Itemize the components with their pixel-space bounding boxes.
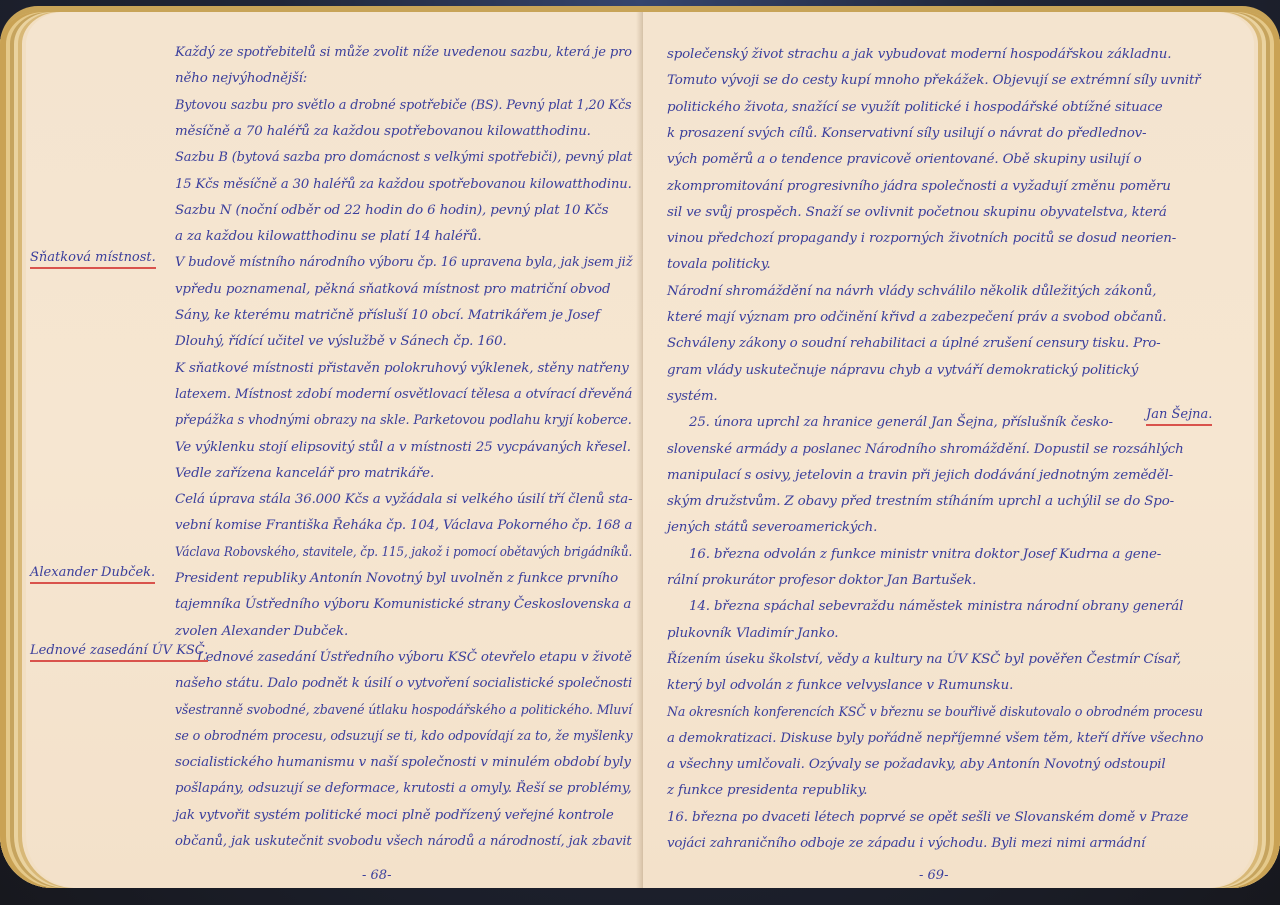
handwritten-line: politického života, snažící se využít po… [667,101,1163,114]
handwritten-line: Na okresních konferencích KSČ v březnu s… [667,706,1203,719]
handwritten-line: Každý ze spotřebitelů si může zvolit níž… [175,46,632,59]
handwritten-line: našeho státu. Dalo podnět k úsilí o vytv… [175,677,632,690]
page-number-right: - 69- [919,868,948,883]
handwritten-line: měsíčně a 70 haléřů za každou spotřebova… [175,125,591,138]
handwritten-line: které mají význam pro odčinění křivd a z… [667,311,1166,324]
handwritten-line: Václava Robovského, stavitele, čp. 115, … [175,546,632,559]
handwritten-line: gram vlády uskutečnuje nápravu chyb a vy… [667,364,1138,377]
handwritten-line: Bytovou sazbu pro světlo a drobné spotře… [175,99,632,112]
handwritten-line: vých poměrů a o tendence pravicově orien… [667,153,1142,166]
margin-heading: Alexander Dubček. [30,565,155,584]
handwritten-line: Schváleny zákony o soudní rehabilitaci a… [667,337,1161,350]
handwritten-line: 14. března spáchal sebevraždu náměstek m… [689,600,1183,613]
handwritten-line: systém. [667,390,718,403]
handwritten-line: a demokratizaci. Diskuse byly pořádně ne… [667,732,1203,745]
handwritten-line: Celá úprava stála 36.000 Kčs a vyžádala … [175,493,632,506]
handwritten-line: jených států severoamerických. [667,521,877,534]
handwritten-line: pošlapány, odsuzují se deformace, krutos… [175,782,632,795]
handwritten-line: V budově místního národního výboru čp. 1… [175,256,632,269]
handwritten-line: Sazbu B (bytová sazba pro domácnost s ve… [175,151,632,164]
handwritten-line: Lednové zasedání Ústředního výboru KSČ o… [197,651,632,664]
handwritten-line: vpředu poznamenal, pěkná sňatková místno… [175,283,610,296]
handwritten-line: Sazbu N (noční odběr od 22 hodin do 6 ho… [175,204,608,217]
handwritten-line: přepážka s vhodnými obrazy na skle. Park… [175,414,632,427]
handwritten-line: 15 Kčs měsíčně a 30 haléřů za každou spo… [175,178,632,191]
handwritten-line: Vedle zařízena kancelář pro matrikáře. [175,467,434,480]
handwritten-line: občanů, jak uskutečnit svobodu všech nár… [175,835,632,848]
handwritten-line: zkompromitování progresivního jádra spol… [667,180,1171,193]
handwritten-line: latexem. Místnost zdobí moderní osvětlov… [175,388,632,401]
handwritten-line: K sňatkové místnosti přistavěn polokruho… [175,362,629,375]
handwritten-line: rální prokurátor profesor doktor Jan Bar… [667,574,976,587]
handwritten-line: tajemníka Ústředního výboru Komunistické… [175,598,631,611]
handwritten-line: k prosazení svých cílů. Konservativní sí… [667,127,1146,140]
handwritten-line: vojáci zahraničního odboje ze západu i v… [667,837,1145,850]
margin-heading: Sňatková místnost. [30,250,156,269]
handwritten-line: President republiky Antonín Novotný byl … [175,572,618,585]
handwritten-line: a všechny umlčovali. Ozývaly se požadavk… [667,758,1166,771]
handwritten-line: manipulací s osivy, jetelovin a travin p… [667,469,1173,482]
handwritten-line: 16. března odvolán z funkce ministr vnit… [689,548,1161,561]
handwritten-line: Řízením úseku školství, vědy a kultury n… [667,653,1181,666]
handwritten-line: ským družstvům. Z obavy před trestním st… [667,495,1174,508]
handwritten-line: Ve výklenku stojí elipsovitý stůl a v mí… [175,441,631,454]
handwritten-line: 16. března po dvaceti létech poprvé se o… [667,811,1188,824]
handwritten-line: který byl odvolán z funkce velvyslance v… [667,679,1013,692]
handwritten-line: Dlouhý, řídící učitel ve výslužbě v Sáne… [175,335,507,348]
handwritten-line: vinou předchozí propagandy i rozporných … [667,232,1176,245]
handwritten-line: z funkce presidenta republiky. [667,784,867,797]
margin-heading: Jan Šejna. [1146,407,1212,426]
handwritten-line: se o obrodném procesu, odsuzují se ti, k… [175,730,632,743]
handwritten-line: a za každou kilowatthodinu se platí 14 h… [175,230,482,243]
handwritten-line: socialistického humanismu v naší společn… [175,756,631,769]
open-notebook: Každý ze spotřebitelů si může zvolit níž… [0,2,1280,892]
handwritten-line: Národní shromáždění na návrh vlády schvá… [667,285,1156,298]
handwritten-line: všestranně svobodné, zbavené útlaku hosp… [175,704,632,717]
handwritten-line: vební komise Františka Řeháka čp. 104, V… [175,519,632,532]
handwritten-line: sil ve svůj prospěch. Snaží se ovlivnit … [667,206,1167,219]
handwritten-line: 25. února uprchl za hranice generál Jan … [689,416,1113,429]
handwritten-line: slovenské armády a poslanec Národního sh… [667,443,1184,456]
handwritten-line: plukovník Vladimír Janko. [667,627,838,640]
right-page: společenský život strachu a jak vybudova… [643,6,1280,888]
margin-heading: Lednové zasedání ÚV KSČ. [30,643,208,662]
left-page: Každý ze spotřebitelů si může zvolit níž… [0,6,643,888]
handwritten-line: tovala politicky. [667,258,770,271]
handwritten-line: Sány, ke kterému matričně přísluší 10 ob… [175,309,600,322]
handwritten-line: zvolen Alexander Dubček. [175,625,348,638]
handwritten-line: jak vytvořit systém politické moci plně … [175,809,614,822]
handwritten-line: něho nejvýhodnější: [175,72,307,85]
handwritten-line: společenský život strachu a jak vybudova… [667,48,1171,61]
page-number-left: - 68- [362,868,391,883]
handwritten-line: Tomuto vývoji se do cesty kupí mnoho pře… [667,74,1201,87]
